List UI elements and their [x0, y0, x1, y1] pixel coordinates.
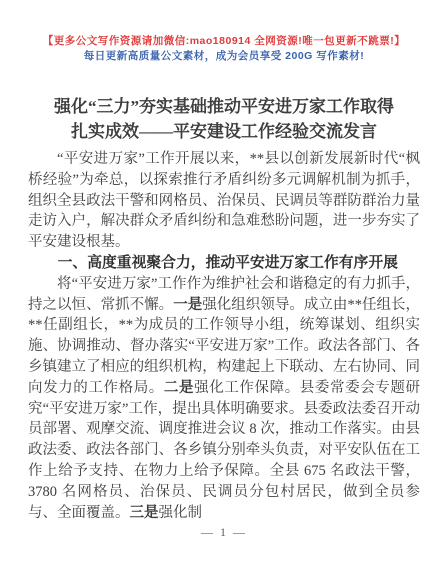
watermark-banner: 【更多公文写作资源请加微信:mao180914 全网资源!唯一包更新不跳票!】 … — [0, 0, 448, 64]
bold-run: 三是 — [130, 505, 159, 521]
bold-run: 一是 — [173, 297, 202, 313]
document-title: 强化“三力”夯实基础推动平安进万家工作取得 扎实成效——平安建设工作经验交流发言 — [0, 94, 448, 144]
text-run: 强化工作保障。县委常委会专题研究“平安进万家”工作，提出具体明确要求。县委政法委… — [28, 380, 420, 521]
page-number: — 1 — — [0, 525, 448, 540]
banner-line1: 【更多公文写作资源请加微信:mao180914 全网资源!唯一包更新不跳票!】 — [0, 34, 448, 49]
document-body: “平安进万家”工作开展以来，**县以创新发展新时代“枫桥经验”为牵总，以探索推行… — [28, 149, 420, 523]
banner-line2: 每日更新高质量公文素材，成为会员享受 200G 写作素材! — [0, 49, 448, 64]
bold-run: 二是 — [164, 380, 194, 396]
text-run: 强化制 — [159, 505, 203, 521]
section-heading: 一、高度重视聚合力，推动平安进万家工作有序开展 — [28, 253, 420, 274]
text-run: “平安进万家”工作开展以来，**县以创新发展新时代“枫桥经验”为牵总，以探索推行… — [28, 151, 420, 250]
bold-run: 一、高度重视聚合力，推动平安进万家工作有序开展 — [58, 255, 398, 271]
body-paragraph: “平安进万家”工作开展以来，**县以创新发展新时代“枫桥经验”为牵总，以探索推行… — [28, 149, 420, 253]
document-title-line2: 扎实成效——平安建设工作经验交流发言 — [0, 119, 448, 144]
document-page: 【更多公文写作资源请加微信:mao180914 全网资源!唯一包更新不跳票!】 … — [0, 0, 448, 580]
body-paragraph: 将“平安进万家”工作作为维护社会和谐稳定的有力抓手，持之以恒、常抓不懈。一是强化… — [28, 274, 420, 524]
document-title-line1: 强化“三力”夯实基础推动平安进万家工作取得 — [0, 94, 448, 119]
